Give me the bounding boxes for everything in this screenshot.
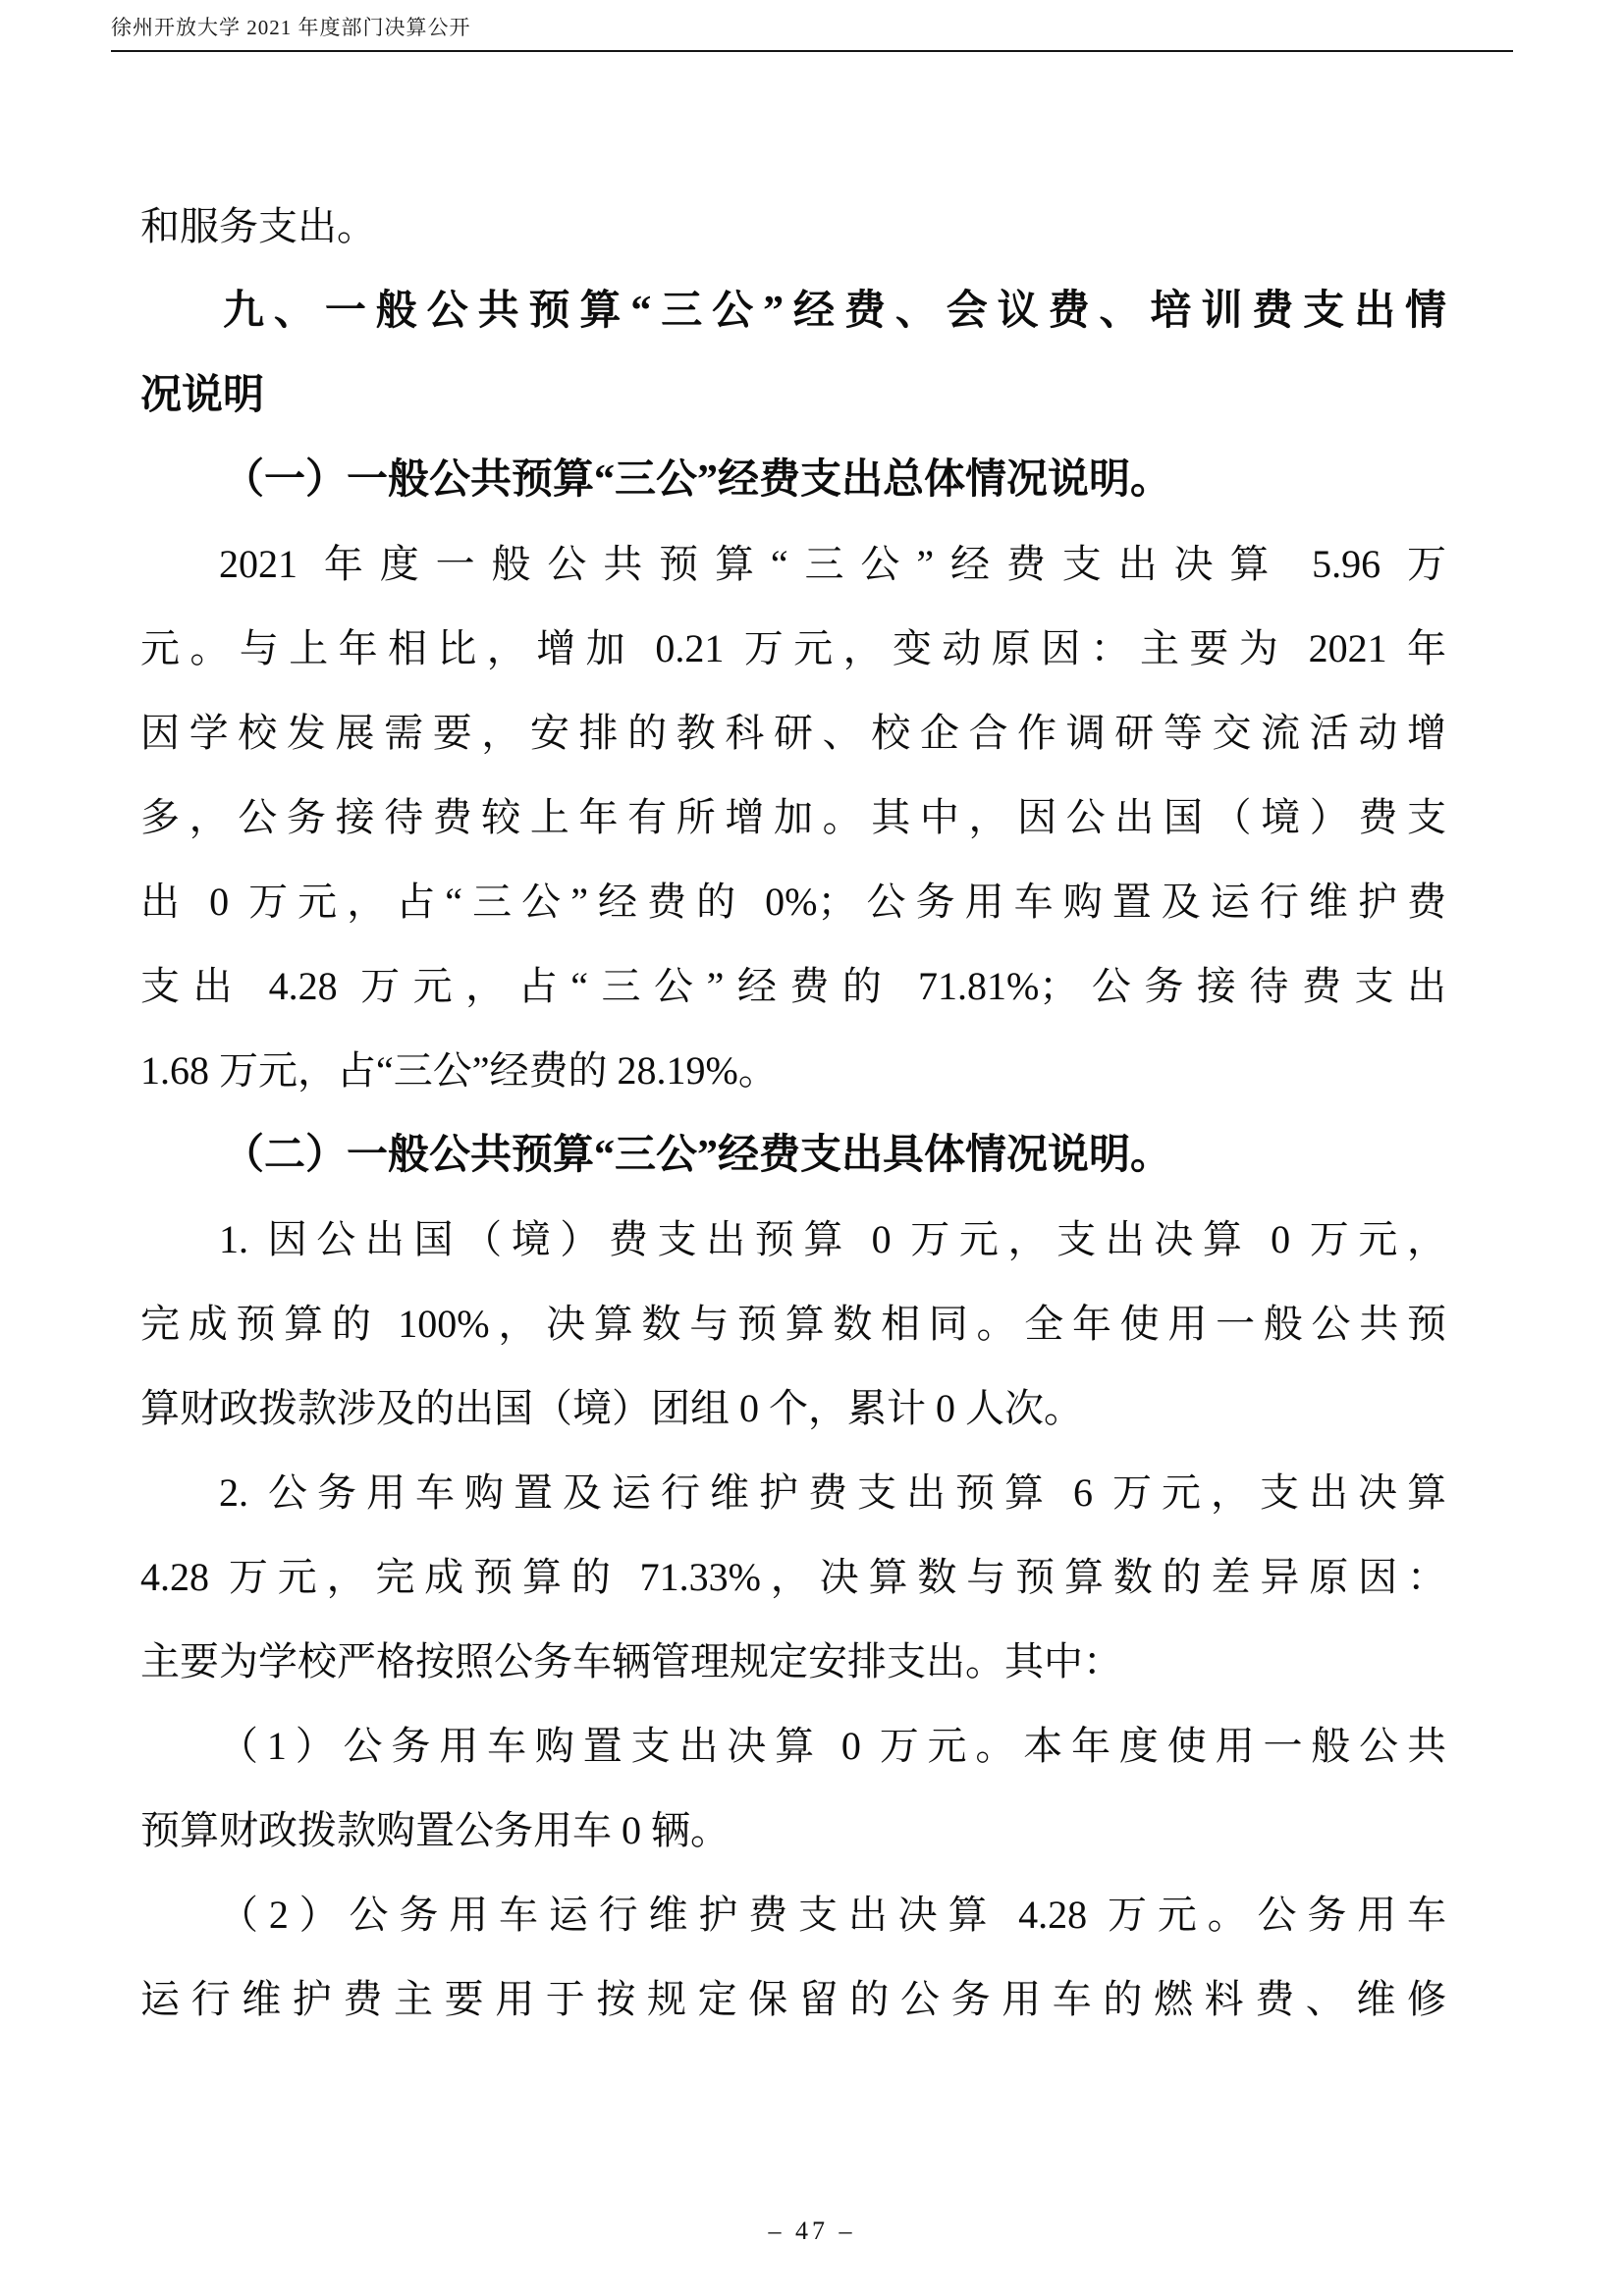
text-line: （2）公务用车运行维护费支出决算 4.28 万元。公务用车 [140, 1873, 1446, 1957]
page-header: 徐州开放大学 2021 年度部门决算公开 [111, 12, 1513, 52]
header-title: 徐州开放大学 2021 年度部门决算公开 [111, 16, 471, 39]
text-line: 4.28 万元，完成预算的 71.33%，决算数与预算数的差异原因： [140, 1535, 1446, 1620]
section-heading: 九、一般公共预算“三公”经费、会议费、培训费支出情 [140, 269, 1446, 353]
text-line: 预算财政拨款购置公务用车 0 辆。 [140, 1789, 1446, 1873]
page-number: – 47 – [769, 2216, 856, 2245]
section-heading: 况说明 [140, 353, 1446, 438]
page-footer: – 47 – [0, 2216, 1624, 2246]
text-line: 1. 因公出国（境）费支出预算 0 万元，支出决算 0 万元， [140, 1198, 1446, 1282]
text-line: 和服务支出。 [140, 185, 1446, 269]
text-line: 2021 年度一般公共预算“三公”经费支出决算 5.96 万 [140, 522, 1446, 607]
text-line: 因学校发展需要，安排的教科研、校企合作调研等交流活动增 [140, 691, 1446, 775]
subsection-heading: （二）一般公共预算“三公”经费支出具体情况说明。 [140, 1113, 1446, 1198]
text-line: 支出 4.28 万元，占“三公”经费的 71.81%；公务接待费支出 [140, 944, 1446, 1029]
text-line: 元。与上年相比，增加 0.21 万元，变动原因：主要为 2021 年 [140, 607, 1446, 691]
text-line: 1.68 万元，占“三公”经费的 28.19%。 [140, 1029, 1446, 1113]
text-line: 多，公务接待费较上年有所增加。其中，因公出国（境）费支 [140, 775, 1446, 860]
text-line: 出 0 万元，占“三公”经费的 0%；公务用车购置及运行维护费 [140, 860, 1446, 944]
text-line: 完成预算的 100%，决算数与预算数相同。全年使用一般公共预 [140, 1282, 1446, 1366]
text-line: 主要为学校严格按照公务车辆管理规定安排支出。其中： [140, 1620, 1446, 1704]
document-page: 徐州开放大学 2021 年度部门决算公开 和服务支出。 九、一般公共预算“三公”… [0, 0, 1624, 2296]
document-body: 和服务支出。 九、一般公共预算“三公”经费、会议费、培训费支出情 况说明 （一）… [140, 185, 1446, 2042]
subsection-heading: （一）一般公共预算“三公”经费支出总体情况说明。 [140, 438, 1446, 522]
text-line: 运行维护费主要用于按规定保留的公务用车的燃料费、维修 [140, 1957, 1446, 2042]
text-line: （1）公务用车购置支出决算 0 万元。本年度使用一般公共 [140, 1704, 1446, 1789]
text-line: 2. 公务用车购置及运行维护费支出预算 6 万元，支出决算 [140, 1451, 1446, 1535]
text-line: 算财政拨款涉及的出国（境）团组 0 个，累计 0 人次。 [140, 1366, 1446, 1451]
